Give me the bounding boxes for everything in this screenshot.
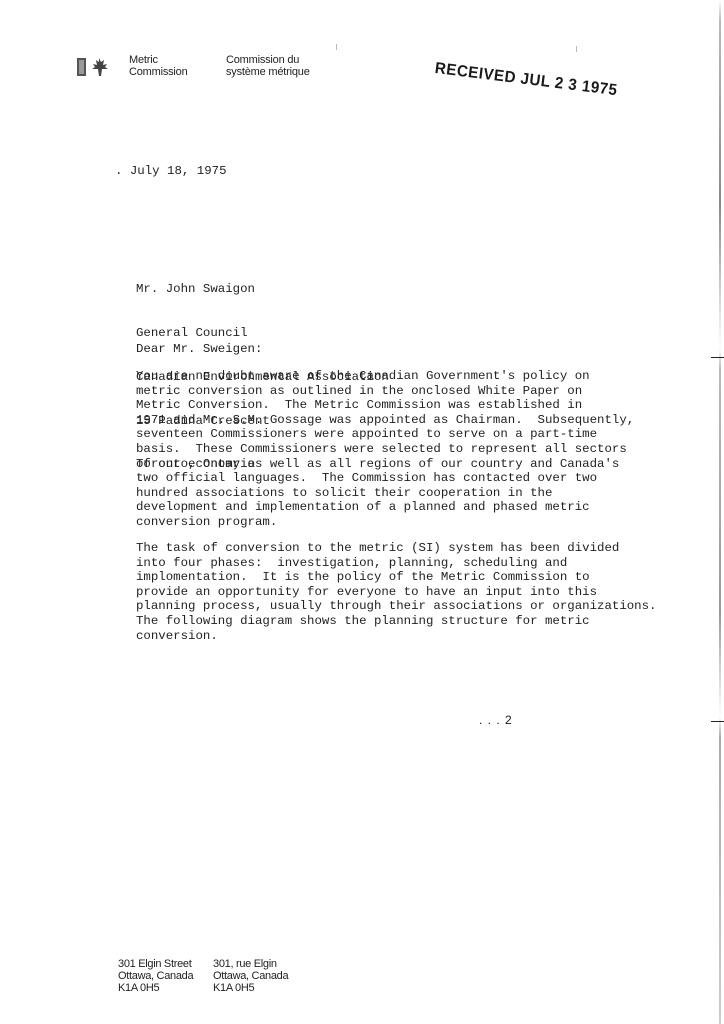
letterhead-french: Commission du système métrique bbox=[226, 54, 310, 78]
letterhead-english: Metric Commission bbox=[129, 54, 188, 78]
salutation: Dear Mr. Sweigen: bbox=[136, 342, 262, 357]
fold-mark bbox=[711, 357, 724, 358]
scanned-page-edge bbox=[719, 0, 721, 1024]
body-paragraph-2: The task of conversion to the metric (SI… bbox=[136, 541, 657, 643]
page-continuation: . . . 2 bbox=[479, 713, 513, 727]
canada-flag-wordmark-icon bbox=[77, 57, 121, 77]
fold-mark bbox=[711, 721, 724, 722]
recipient-title: General Council bbox=[136, 326, 389, 341]
received-stamp: RECEIVED JUL 2 3 1975 bbox=[434, 60, 619, 100]
scan-speck bbox=[576, 46, 577, 52]
body-paragraph-1: You are no doubt aware of the Canadian G… bbox=[136, 369, 634, 530]
footer-address-french: 301, rue Elgin Ottawa, Canada K1A 0H5 bbox=[213, 958, 288, 994]
letter-date: . July 18, 1975 bbox=[115, 164, 227, 179]
letterhead-french-line: Commission du bbox=[226, 54, 310, 66]
recipient-name: Mr. John Swaigon bbox=[136, 282, 389, 297]
footer-address-english: 301 Elgin Street Ottawa, Canada K1A 0H5 bbox=[118, 958, 193, 994]
letterhead-english-line: Commission bbox=[129, 66, 188, 78]
letterhead-english-line: Metric bbox=[129, 54, 188, 66]
letterhead-french-line: système métrique bbox=[226, 66, 310, 78]
scan-speck bbox=[336, 44, 337, 50]
